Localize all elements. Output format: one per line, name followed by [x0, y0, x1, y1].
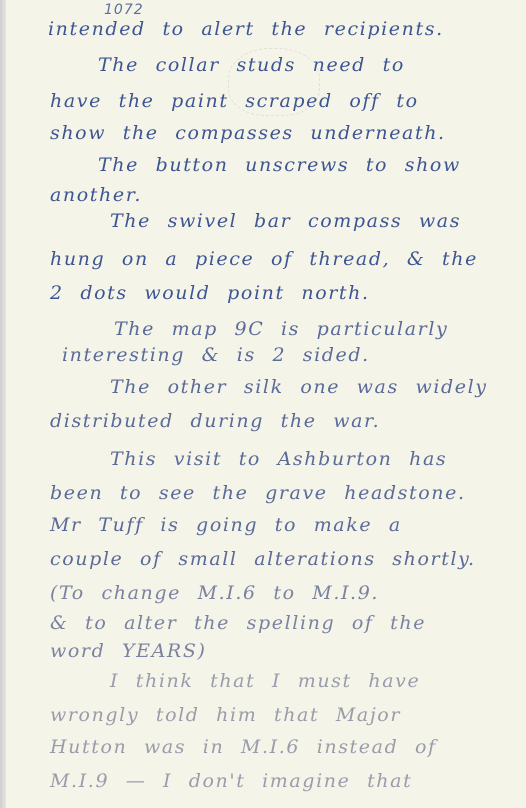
handwritten-line: hung on a piece of thread, & the — [50, 248, 478, 270]
handwritten-line: I think that I must have — [110, 670, 420, 692]
handwritten-line: intended to alert the recipients. — [48, 18, 444, 40]
handwritten-line: Mr Tuff is going to make a — [50, 514, 402, 536]
handwritten-line: show the compasses underneath. — [50, 122, 446, 144]
handwritten-line: word YEARS) — [50, 640, 206, 662]
handwritten-line: The collar studs need to — [98, 54, 405, 76]
handwritten-line: another. — [50, 184, 142, 206]
handwritten-line: & to alter the spelling of the — [50, 612, 426, 634]
handwritten-line: distributed during the war. — [50, 410, 380, 432]
handwritten-line: 2 dots would point north. — [50, 282, 370, 304]
handwritten-line: This visit to Ashburton has — [110, 448, 447, 470]
handwritten-line: have the paint scraped off to — [50, 90, 419, 112]
handwritten-line: been to see the grave headstone. — [50, 482, 466, 504]
handwritten-line: The other silk one was widely — [110, 376, 488, 398]
handwritten-line: interesting & is 2 sided. — [62, 344, 370, 366]
handwritten-line: The swivel bar compass was — [110, 210, 461, 232]
handwritten-line: M.I.9 — I don't imagine that — [50, 770, 412, 792]
handwritten-line: wrongly told him that Major — [50, 704, 401, 726]
page-number: 1072 — [104, 2, 144, 18]
handwritten-line: Hutton was in M.I.6 instead of — [50, 736, 437, 758]
handwritten-line: couple of small alterations shortly. — [50, 548, 476, 570]
handwritten-line: The map 9C is particularly — [114, 318, 448, 340]
handwritten-line: The button unscrews to show — [98, 154, 461, 176]
handwritten-line: (To change M.I.6 to M.I.9. — [50, 582, 379, 604]
